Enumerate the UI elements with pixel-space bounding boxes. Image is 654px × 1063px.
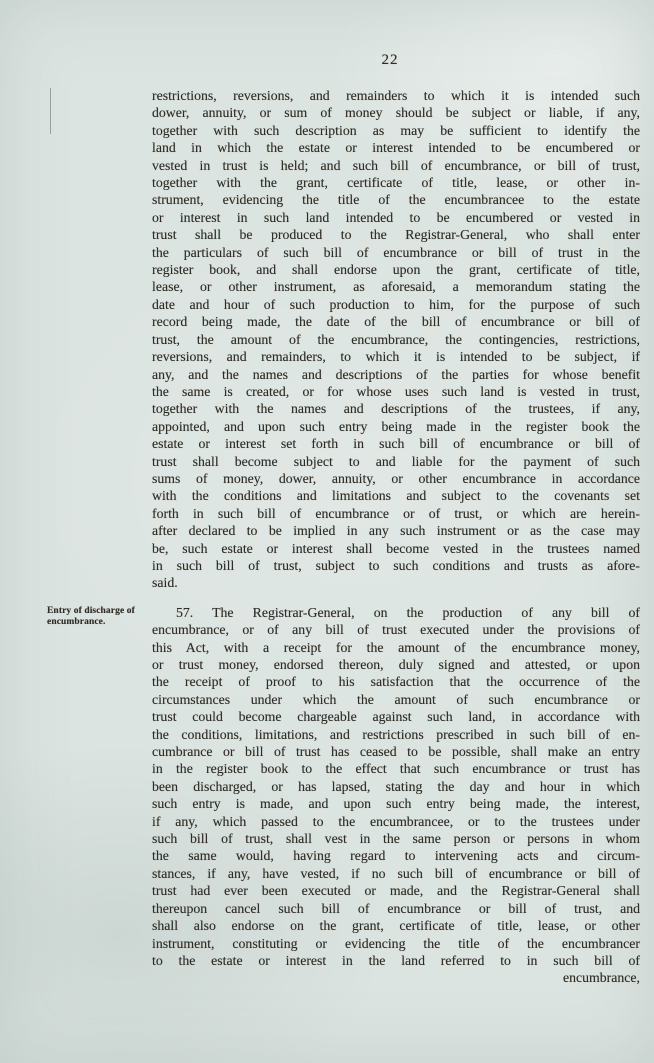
text-line: encumbrance, or of any bill of trust exe… [152, 621, 640, 638]
text-line: vested in trust is held; and such bill o… [152, 157, 640, 174]
text-line: shall also endorse on the grant, certifi… [152, 917, 640, 934]
scanned-document-page: { "page": { "number": "22", "catchword":… [0, 0, 654, 1063]
text-line: the same would, having regard to interve… [152, 847, 640, 864]
paragraph-continuation: restrictions, reversions, and remainders… [152, 87, 640, 592]
text-line: forth in such bill of encumbrance or of … [152, 505, 640, 522]
text-line: strument, evidencing the title of the en… [152, 191, 640, 208]
text-line: trust shall be produced to the Registrar… [152, 226, 640, 243]
text-line: or interest in such land intended to be … [152, 209, 640, 226]
text-block: restrictions, reversions, and remainders… [152, 87, 640, 987]
text-line: appointed, and upon such entry being mad… [152, 418, 640, 435]
text-line: to the estate or interest in the land re… [152, 952, 640, 969]
text-line: Entry of discharge of [47, 606, 153, 617]
text-line: register book, and shall endorse upon th… [152, 261, 640, 278]
text-line: stances, if any, have vested, if no such… [152, 865, 640, 882]
text-line: reversions, and remainders, to which it … [152, 348, 640, 365]
paragraph-section-57: 57. The Registrar-General, on the produc… [152, 604, 640, 970]
text-line: the particulars of such bill of encumbra… [152, 244, 640, 261]
text-line: record being made, the date of the bill … [152, 313, 640, 330]
text-line: such bill of trust, shall vest in the sa… [152, 830, 640, 847]
text-line: land in which the estate or interest int… [152, 139, 640, 156]
text-line: sums of money, dower, annuity, or other … [152, 470, 640, 487]
text-line: any, and the names and descriptions of t… [152, 366, 640, 383]
text-line: together with the grant, certificate of … [152, 174, 640, 191]
text-line: encumbrance. [47, 617, 153, 628]
text-line: after declared to be implied in any such… [152, 522, 640, 539]
text-line: thereupon cancel such bill of encumbranc… [152, 900, 640, 917]
text-line: date and hour of such production to him,… [152, 296, 640, 313]
text-line: lease, or other instrument, as aforesaid… [152, 278, 640, 295]
catchword: encumbrance, [152, 969, 640, 986]
text-line: or trust money, endorsed thereon, duly s… [152, 656, 640, 673]
text-line: said. [152, 574, 640, 591]
text-line: trust shall become subject to and liable… [152, 453, 640, 470]
margin-note: Entry of discharge ofencumbrance. [47, 606, 153, 627]
text-line: be, such estate or interest shall become… [152, 540, 640, 557]
text-line: the same is created, or for whose uses s… [152, 383, 640, 400]
text-line: estate or interest set forth in such bil… [152, 435, 640, 452]
text-line: if any, which passed to the encumbrancee… [152, 813, 640, 830]
text-line: dower, annuity, or sum of money should b… [152, 104, 640, 121]
page-number: 22 [145, 52, 635, 69]
text-line: been discharged, or has lapsed, stating … [152, 778, 640, 795]
text-line: together with such description as may be… [152, 122, 640, 139]
text-line: trust, the amount of the encumbrance, th… [152, 331, 640, 348]
text-line: in such bill of trust, subject to such c… [152, 557, 640, 574]
text-line: with the conditions and limitations and … [152, 487, 640, 504]
text-line: together with the names and descriptions… [152, 400, 640, 417]
text-line: 57. The Registrar-General, on the produc… [152, 604, 640, 621]
text-line: this Act, with a receipt for the amount … [152, 639, 640, 656]
text-line: cumbrance or bill of trust has ceased to… [152, 743, 640, 760]
scan-artifact-line [50, 88, 51, 134]
text-line: in the register book to the effect that … [152, 760, 640, 777]
text-line: trust could become chargeable against su… [152, 708, 640, 725]
text-line: instrument, constituting or evidencing t… [152, 935, 640, 952]
text-line: the conditions, limitations, and restric… [152, 726, 640, 743]
text-line: the receipt of proof to his satisfaction… [152, 673, 640, 690]
text-line: circumstances under which the amount of … [152, 691, 640, 708]
text-line: such entry is made, and upon such entry … [152, 795, 640, 812]
text-line: trust had ever been executed or made, an… [152, 882, 640, 899]
text-line: restrictions, reversions, and remainders… [152, 87, 640, 104]
